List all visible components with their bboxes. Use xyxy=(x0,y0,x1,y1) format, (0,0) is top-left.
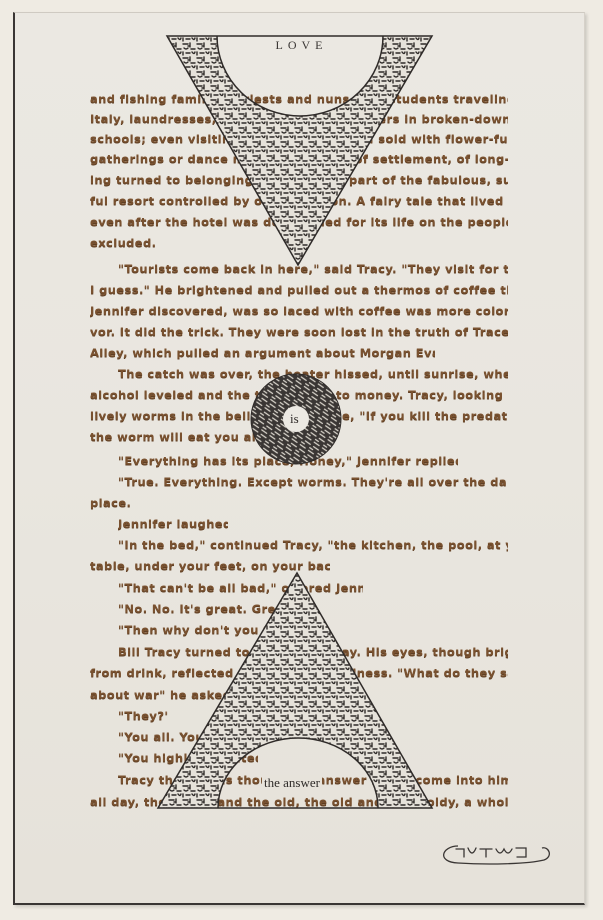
artist-signature xyxy=(438,836,554,870)
bottom-words-the-answer: the answer xyxy=(262,775,322,791)
arch-triangle-shape xyxy=(158,573,432,808)
header-love: LOVE xyxy=(0,38,603,53)
center-word-is: is xyxy=(290,411,299,427)
inverted-triangle-shape xyxy=(167,36,432,265)
